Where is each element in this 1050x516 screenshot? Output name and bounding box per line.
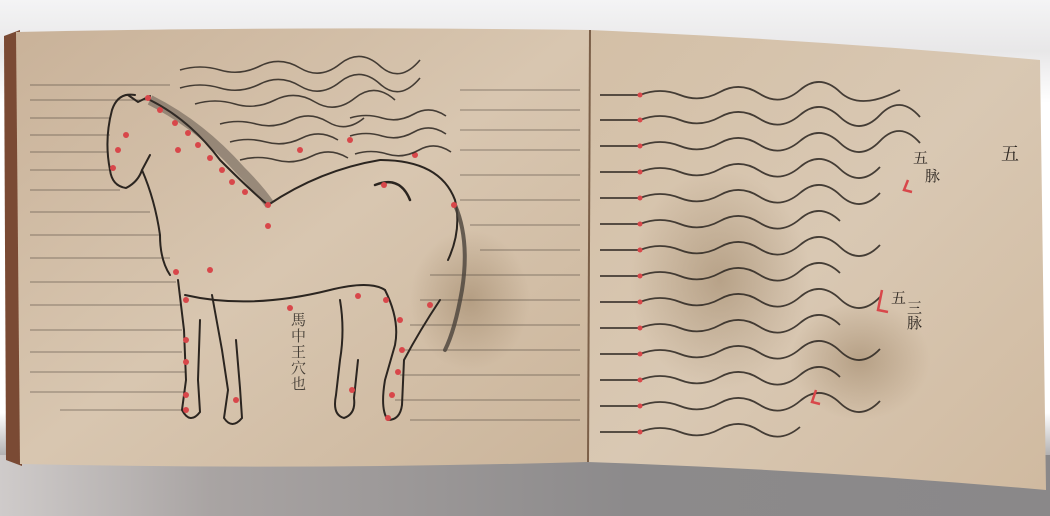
manuscript-illustration xyxy=(0,0,1050,516)
red-marked-label: 五 xyxy=(910,150,931,165)
pulse-word: 脉 xyxy=(922,168,943,183)
page-number: 五 xyxy=(1001,140,1019,166)
horse-caption: 馬中王穴也 xyxy=(288,312,309,392)
manuscript-photo: 馬中王穴也 五 五 脉 三脉 五 xyxy=(0,0,1050,516)
pulse-word: 三脉 xyxy=(904,300,925,330)
